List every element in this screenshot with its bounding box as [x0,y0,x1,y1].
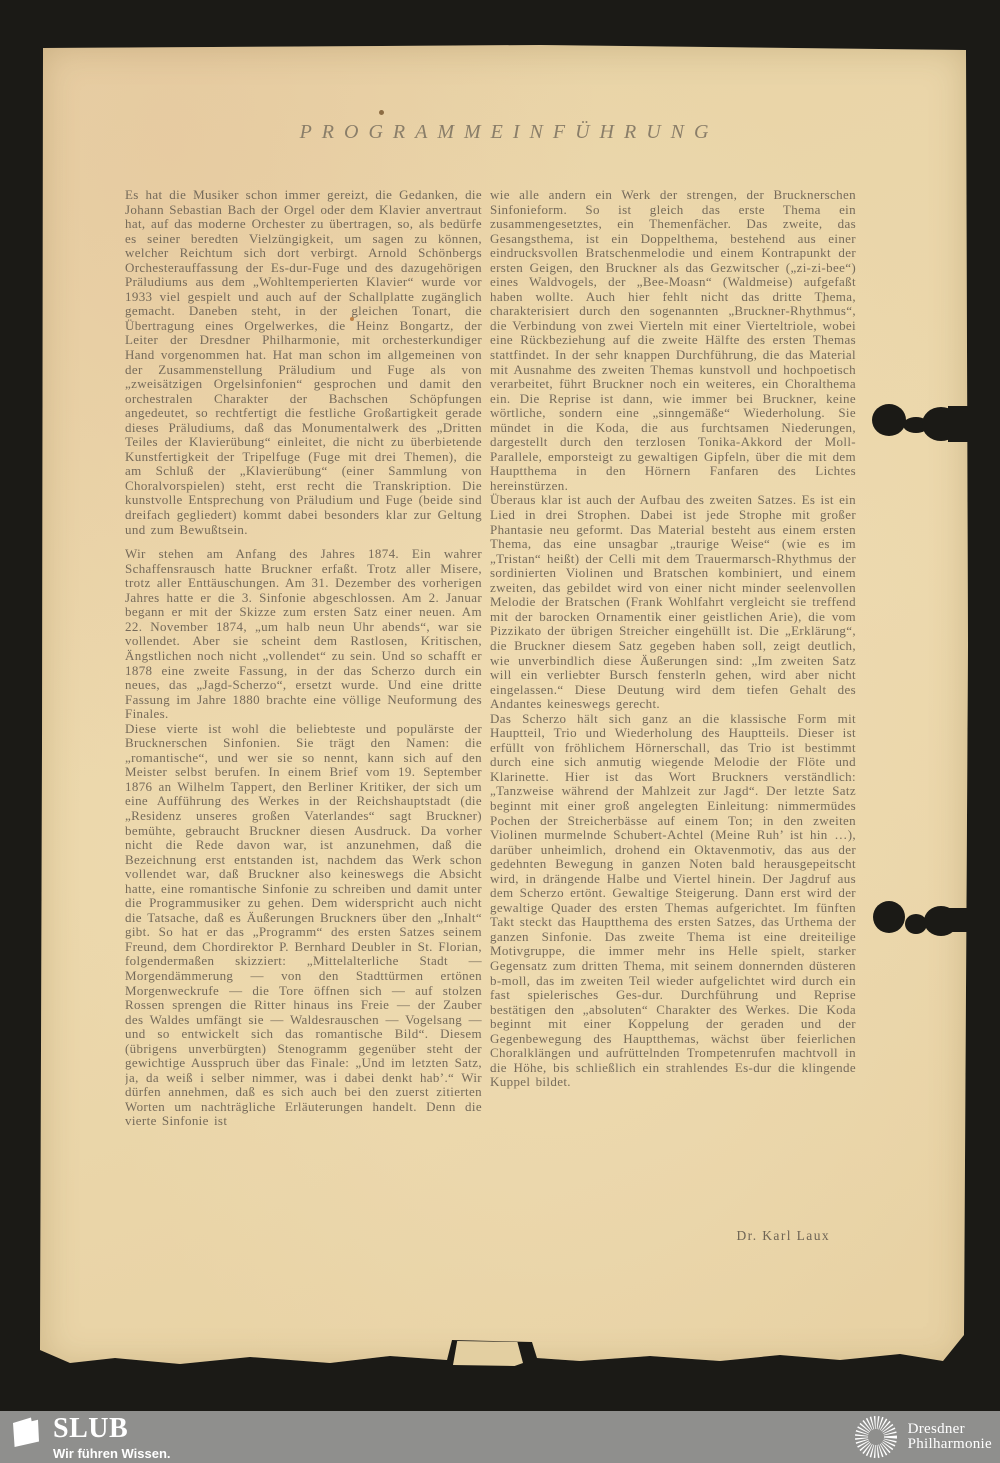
paragraph: Das Scherzo hält sich ganz an die klassi… [490,712,856,1090]
paper-speck [379,110,384,115]
paper-speck [350,317,354,321]
paper-speck [822,300,825,303]
slub-logo-text: SLUB [53,1416,171,1442]
scanned-page: PROGRAMMEINFÜHRUNG Es hat die Musiker sc… [40,45,968,1368]
paragraph: Wir stehen am Anfang des Jahres 1874. Ei… [125,547,482,722]
philharmonie-starburst-icon [853,1414,899,1460]
slub-tagline: Wir führen Wissen. [53,1446,171,1461]
scan-background: { "doc": { "title": "PROGRAMMEINFÜHRUNG"… [0,0,1000,1463]
text-column-right: wie alle andern ein Werk der strengen, d… [490,188,856,1220]
slub-book-icon [12,1416,40,1448]
paragraph: Es hat die Musiker schon immer gereizt, … [125,188,482,537]
paragraph: wie alle andern ein Werk der strengen, d… [490,188,856,493]
paragraph: Diese vierte ist wohl die beliebteste un… [125,722,482,1129]
philharmonie-logo-text: Dresdner Philharmonie [908,1422,992,1453]
dresdner-philharmonie-branding[interactable]: Dresdner Philharmonie [853,1414,992,1460]
torn-paper-flap [453,1341,523,1366]
viewer-footer: SLUB Wir führen Wissen. Dresdner Philhar… [0,1411,1000,1463]
text-column-left: Es hat die Musiker schon immer gereizt, … [125,188,482,1220]
page-title: PROGRAMMEINFÜHRUNG [40,121,968,144]
paragraph: Überaus klar ist auch der Aufbau des zwe… [490,493,856,711]
slub-branding[interactable]: SLUB Wir führen Wissen. [12,1416,171,1461]
author-signature: Dr. Karl Laux [490,1228,856,1244]
